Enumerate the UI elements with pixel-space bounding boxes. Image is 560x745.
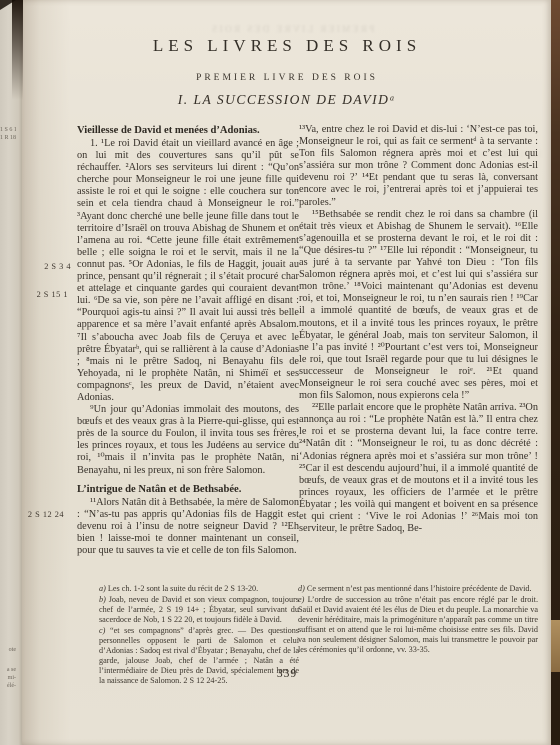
body-paragraph: ¹⁵Bethsabée se rendit chez le roi dans s… bbox=[299, 209, 538, 403]
body-paragraph: 1. ¹Le roi David était un vieillard avan… bbox=[77, 138, 299, 404]
footnote: a) Les ch. 1-2 sont la suite du récit de… bbox=[99, 584, 299, 594]
footnote-text: L’ordre de succession au trône n’était p… bbox=[298, 595, 538, 654]
edge-text-fragment: élé- bbox=[0, 682, 16, 690]
footnote-label: b) bbox=[99, 595, 106, 604]
footnote-text: Les ch. 1-2 sont la suite du récit de 2 … bbox=[108, 584, 258, 593]
book-subtitle: PREMIER LIVRE DES ROIS bbox=[47, 73, 527, 83]
footnotes-right: d) Ce serment n’est pas mentionné dans l… bbox=[298, 584, 538, 656]
page-number: 339 bbox=[57, 668, 517, 680]
edge-text-fragment: 1 R 18 1 bbox=[0, 134, 16, 142]
footnote-text: Joab, neveu de David et son vieux compag… bbox=[99, 595, 299, 624]
footnote-label: e) bbox=[298, 595, 304, 604]
book-edge bbox=[551, 620, 560, 672]
book-page: PREMIER LIVRE DES ROIS LES LIVRES DES RO… bbox=[22, 0, 551, 745]
edge-text-fragment: a se bbox=[0, 666, 16, 674]
body-paragraph: ²²Elle parlait encore que le prophète Na… bbox=[299, 402, 538, 535]
footnote-label: c) bbox=[99, 626, 105, 635]
footnote: e) L’ordre de succession au trône n’étai… bbox=[298, 595, 538, 655]
edge-text-fragment: 1 S 6 1 bbox=[0, 126, 16, 134]
footnote-label: a) bbox=[99, 584, 106, 593]
page-header: LES LIVRES DES ROIS PREMIER LIVRE DES RO… bbox=[47, 36, 527, 108]
body-paragraph: ¹³Va, entre chez le roi David et dis-lui… bbox=[299, 124, 538, 209]
section-title: I. LA SUCCESSION DE DAVIDᵃ bbox=[47, 92, 527, 108]
margin-reference: 2 S 15 1 bbox=[18, 290, 68, 299]
book-photo: 1 S 6 1 1 R 18 1 ote a se mi- élé- PREMI… bbox=[0, 0, 560, 745]
edge-text-fragment: mi- bbox=[0, 674, 16, 682]
margin-reference: 2 S 3 4 bbox=[21, 262, 71, 271]
footnote-text: Ce serment n’est pas mentionné dans l’hi… bbox=[307, 584, 532, 593]
body-paragraph: ¹¹Alors Natân dit à Bethsabée, la mère d… bbox=[77, 497, 299, 557]
right-text-column: ¹³Va, entre chez le roi David et dis-lui… bbox=[299, 124, 538, 535]
margin-reference: 2 S 12 24 bbox=[14, 510, 64, 519]
footnote: d) Ce serment n’est pas mentionné dans l… bbox=[298, 584, 538, 594]
book-title: LES LIVRES DES ROIS bbox=[47, 36, 527, 56]
previous-page-edge: 1 S 6 1 1 R 18 1 ote a se mi- élé- bbox=[0, 0, 22, 745]
subsection-heading: L’intrigue de Natân et de Bethsabée. bbox=[77, 483, 299, 496]
left-text-column: Vieillesse de David et menées d’Adonias.… bbox=[77, 124, 299, 557]
footnote-label: d) bbox=[298, 584, 305, 593]
subsection-heading: Vieillesse de David et menées d’Adonias. bbox=[77, 124, 299, 137]
edge-text-fragment: ote bbox=[0, 646, 16, 654]
spine-shadow bbox=[12, 0, 23, 100]
body-paragraph: ⁹Un jour qu’Adonias immolait des moutons… bbox=[77, 404, 299, 477]
show-through-text: PREMIER LIVRE DES ROIS bbox=[62, 24, 522, 34]
footnote: b) Joab, neveu de David et son vieux com… bbox=[99, 595, 299, 625]
